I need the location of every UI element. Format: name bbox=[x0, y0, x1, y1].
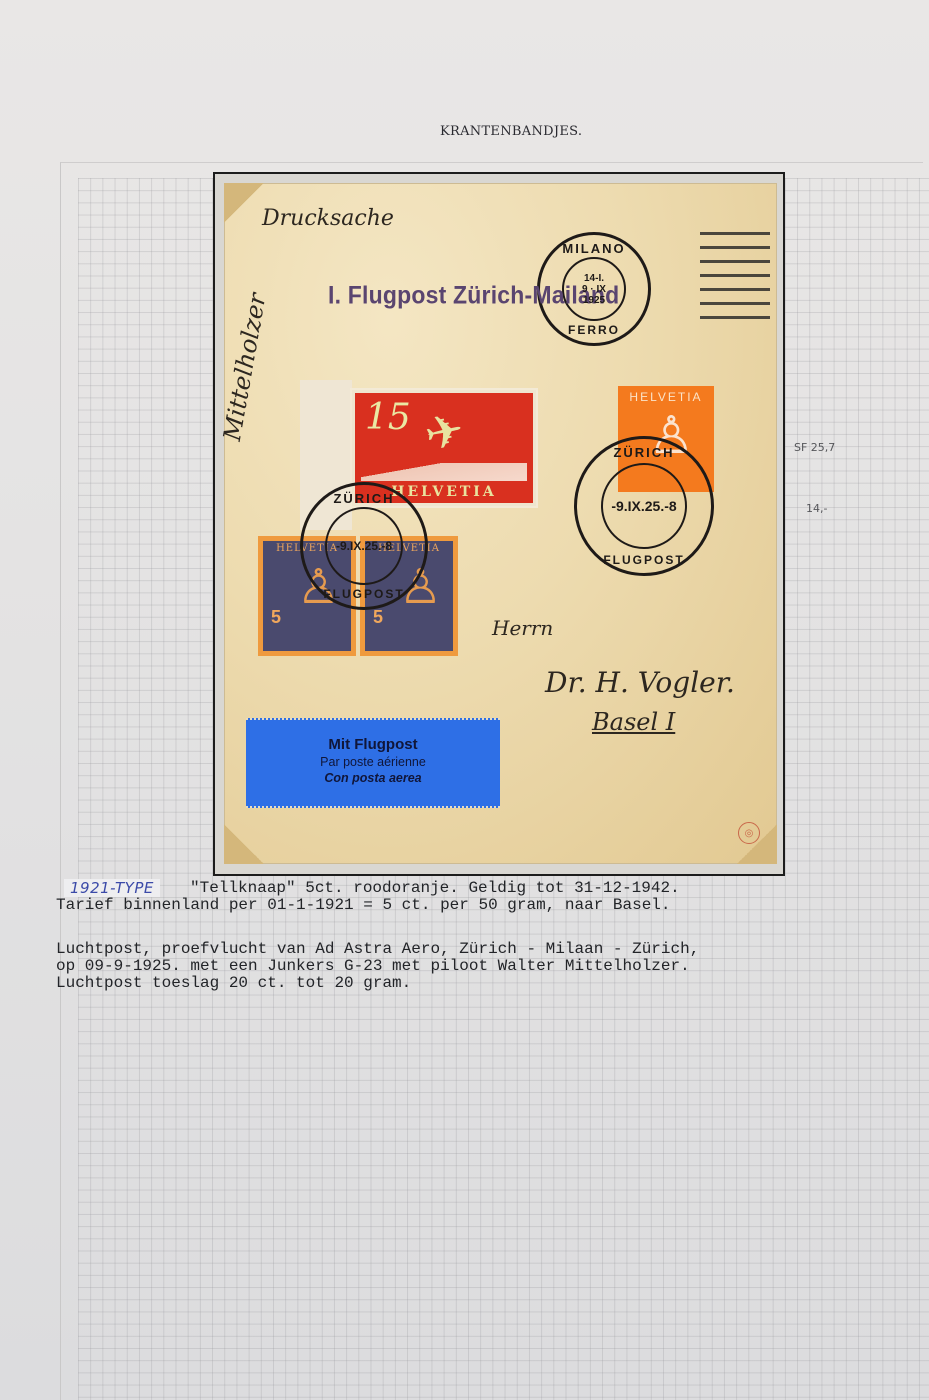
mount-corner bbox=[224, 824, 264, 864]
expert-seal-icon: ◎ bbox=[738, 822, 760, 844]
zurich-flugpost-postmark: ZÜRICH -9.IX.25.-8 FLUGPOST bbox=[574, 436, 714, 576]
address-line-2: Dr. H. Vogler. bbox=[545, 666, 735, 699]
note-line-1: "Tellknaap" 5ct. roodoranje. Geldig tot … bbox=[190, 880, 680, 897]
handwritten-drucksache: Drucksache bbox=[262, 206, 394, 231]
alps-illustration bbox=[361, 463, 527, 481]
catalogue-number: SF 25,7 bbox=[794, 441, 835, 454]
address-line-3: Basel I bbox=[592, 708, 675, 736]
airplane-icon: ✈ bbox=[420, 402, 469, 463]
first-flight-cachet: I. Flugpost Zürich-Mailand bbox=[328, 281, 619, 311]
price-annotation: 14,- bbox=[806, 502, 827, 515]
note-line-3: Luchtpost, proefvlucht van Ad Astra Aero… bbox=[56, 941, 699, 958]
note-line-2: Tarief binnenland per 01-1-1921 = 5 ct. … bbox=[56, 897, 671, 914]
address-line-1: Herrn bbox=[492, 616, 553, 640]
mount-corner bbox=[224, 183, 264, 223]
airmail-etiquette: Mit Flugpost Par poste aérienne Con post… bbox=[246, 718, 500, 808]
note-line-5: Luchtpost toeslag 20 ct. tot 20 gram. bbox=[56, 975, 411, 992]
zurich-flugpost-postmark: ZÜRICH -9.IX.25.-8 FLUGPOST bbox=[300, 482, 428, 610]
note-line-4: op 09-9-1925. met een Junkers G-23 met p… bbox=[56, 958, 690, 975]
page-title: KRANTENBANDJES. bbox=[440, 124, 582, 139]
machine-cancel-lines bbox=[700, 232, 770, 322]
type-label: 1921-TYPE bbox=[64, 879, 160, 897]
